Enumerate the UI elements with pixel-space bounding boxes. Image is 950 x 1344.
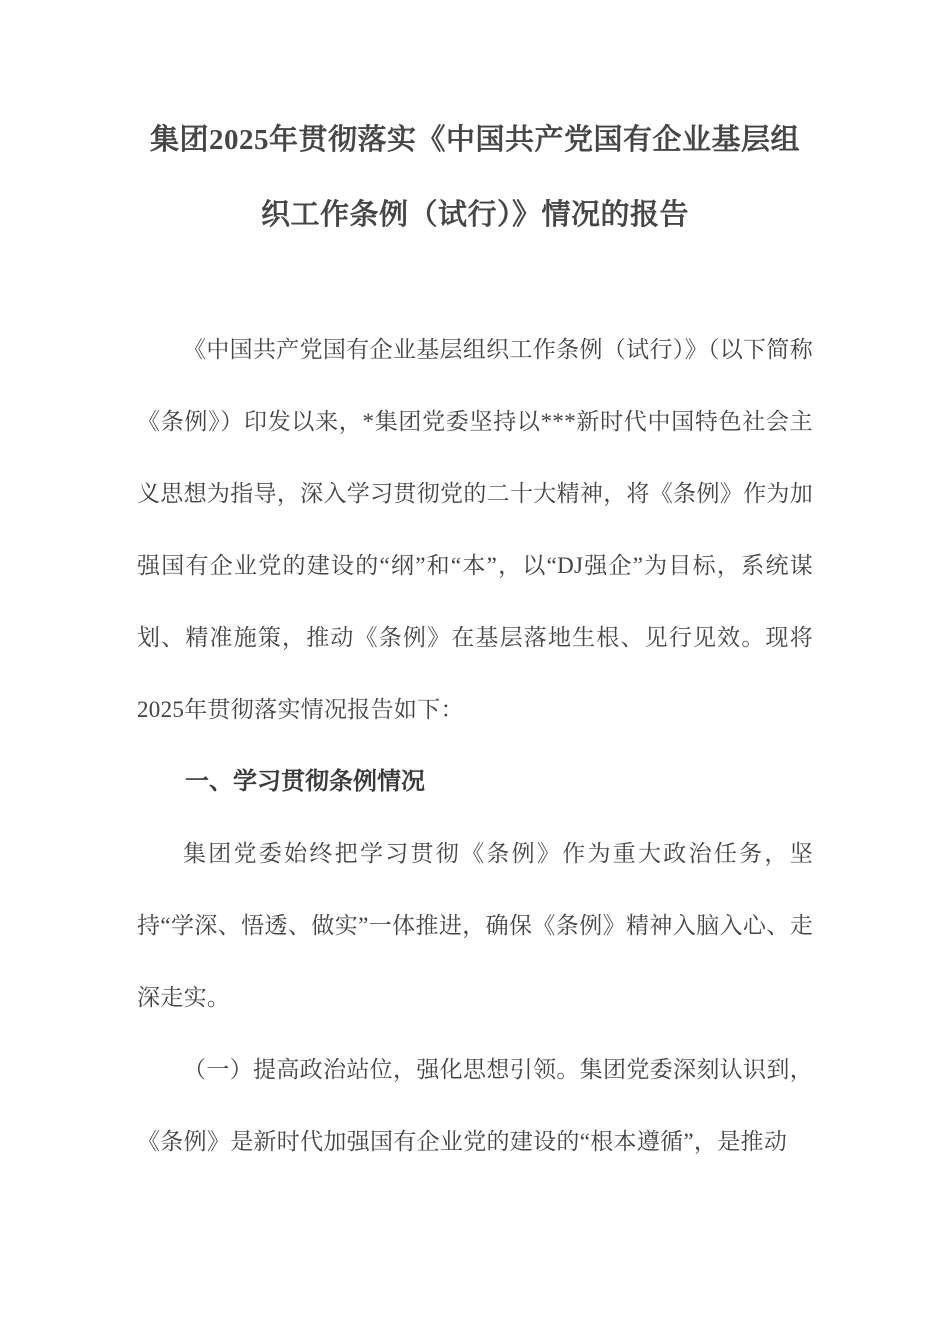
document-title: 集团2025年贯彻落实《中国共产党国有企业基层组织工作条例（试行）》情况的报告: [149, 0, 801, 253]
section-heading: 一、学习贯彻条例情况: [137, 746, 813, 818]
paragraph: （一）提高政治站位，强化思想引领。集团党委深刻认识到，《条例》是新时代加强国有企…: [137, 1034, 813, 1178]
paragraph: 《中国共产党国有企业基层组织工作条例（试行）》（以下简称《条例》）印发以来，*集…: [137, 314, 813, 746]
paragraph: 集团党委始终把学习贯彻《条例》作为重大政治任务，坚持“学深、悟透、做实”一体推进…: [137, 818, 813, 1034]
document-page: 集团2025年贯彻落实《中国共产党国有企业基层组织工作条例（试行）》情况的报告 …: [0, 0, 950, 1344]
document-body: 《中国共产党国有企业基层组织工作条例（试行）》（以下简称《条例》）印发以来，*集…: [137, 253, 813, 1178]
